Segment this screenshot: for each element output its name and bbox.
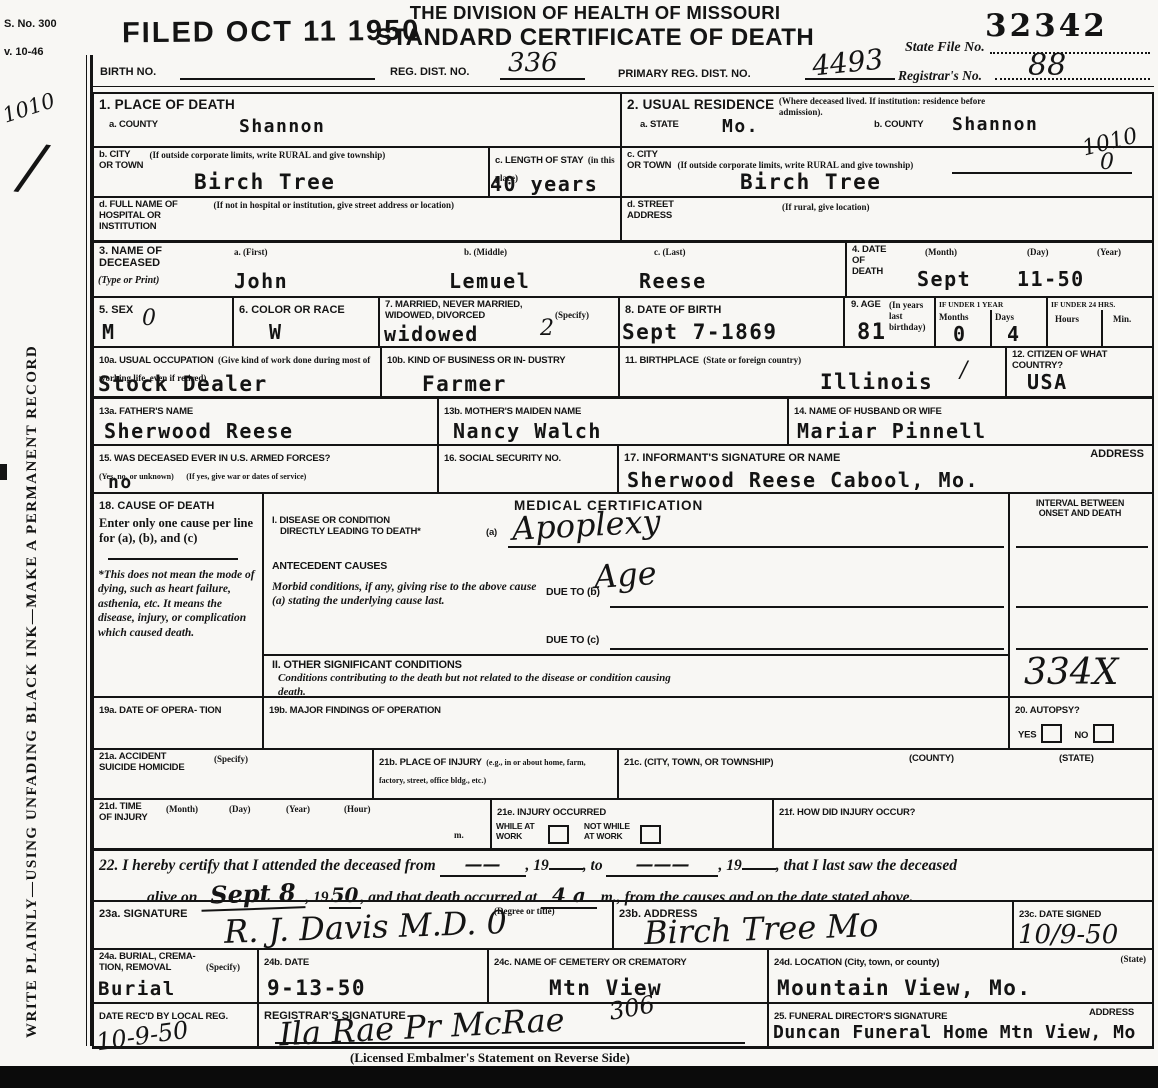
deceased-title-note: (Type or Print) (98, 275, 159, 288)
death-day-label: (Day) (1027, 247, 1049, 258)
due-to-c-line (610, 648, 1004, 650)
race-value: W (269, 320, 283, 344)
field-physician-address: 23b. ADDRESS Birch Tree Mo (612, 900, 1012, 948)
burial-location-value: Mountain View, Mo. (777, 976, 1032, 1000)
place-of-death-title: 1. PLACE OF DEATH (99, 97, 235, 112)
registrar-sig-handwritten: Ila Rae Pr McRae (278, 1001, 565, 1054)
due-to-b-handwritten: Age (593, 554, 658, 596)
birth-date-value: Sept 7-1869 (622, 320, 778, 344)
registrar-no-leader (995, 64, 1150, 80)
field-interval: INTERVAL BETWEEN ONSET AND DEATH 334X (1008, 492, 1154, 696)
certify-year1-blank (549, 868, 583, 870)
death-month-label: (Month) (925, 247, 957, 258)
cause-instruction: Enter only one cause per line for (a), (… (99, 516, 257, 546)
informant-label: 17. INFORMANT'S SIGNATURE OR NAME (624, 452, 840, 464)
disease-a-handwritten: Apoplexy (511, 502, 661, 548)
field-operation-date: 19a. DATE OF OPERA- TION (92, 696, 262, 748)
armed-forces-label: 15. WAS DECEASED EVER IN U.S. ARMED FORC… (99, 453, 330, 464)
city-label: b. CITY OR TOWN (99, 150, 145, 172)
scan-artifact (0, 464, 7, 480)
field-burial-kind: 24a. BURIAL, CREMA- TION, REMOVAL (Speci… (92, 948, 257, 1002)
field-date-received: DATE REC'D BY LOCAL REG. 10-9-50 (92, 1002, 257, 1046)
interval-line-2 (1016, 606, 1148, 608)
sex-value: M (102, 320, 116, 344)
field-operation-findings: 19b. MAJOR FINDINGS OF OPERATION (262, 696, 1008, 748)
injury-county-label: (COUNTY) (909, 754, 954, 765)
residence-city-label: c. CITY OR TOWN (627, 150, 673, 172)
field-injury-place: 21b. PLACE OF INJURY (e.g., in or about … (372, 748, 617, 798)
not-while-at-work-checkbox (640, 825, 661, 844)
burial-kind-note: (Specify) (206, 962, 240, 973)
burial-date-label: 24b. DATE (264, 957, 309, 968)
physician-addr-handwritten: Birch Tree Mo (643, 906, 879, 952)
certify-from-blank: —— (440, 854, 526, 877)
antecedent-label: ANTECEDENT CAUSES (272, 560, 387, 572)
hours-label: Hours (1055, 314, 1079, 325)
state-file-number: 32342 (985, 8, 1108, 44)
operation-findings-label: 19b. MAJOR FINDINGS OF OPERATION (269, 705, 441, 716)
min-label: Min. (1113, 314, 1131, 325)
primary-reg-label: PRIMARY REG. DIST. NO. (618, 68, 751, 80)
birthplace-note: (State or foreign country) (703, 355, 801, 365)
cause-note: *This does not mean the mode of dying, s… (98, 568, 256, 640)
birth-date-label: 8. DATE OF BIRTH (625, 304, 721, 316)
autopsy-no-label: NO (1074, 730, 1088, 741)
under-1-year-label: IF UNDER 1 YEAR (939, 300, 1045, 309)
middle-name-label: b. (Middle) (464, 247, 507, 258)
injury-hour-label: (Hour) (344, 804, 371, 815)
field-residence-city: c. CITY OR TOWN (If outside corporate li… (620, 146, 1154, 196)
other-conditions-label: II. OTHER SIGNIFICANT CONDITIONS (272, 659, 462, 672)
division-title: THE DIVISION OF HEALTH OF MISSOURI (395, 2, 795, 24)
months-value: 0 (953, 322, 967, 346)
field-birthplace: 11. BIRTHPLACE (State or foreign country… (618, 346, 1005, 396)
citizen-label: 12. CITIZEN OF WHAT COUNTRY? (1012, 350, 1122, 372)
marital-handwritten: 2 (540, 316, 554, 341)
injury-day-label: (Day) (229, 804, 251, 815)
death-month-value: Sept (917, 267, 971, 291)
middle-name-value: Lemuel (449, 269, 530, 293)
autopsy-label: 20. AUTOPSY? (1015, 705, 1080, 716)
state-file-label: State File No. (905, 40, 985, 56)
while-at-work-label: WHILE AT WORK (496, 822, 544, 842)
field-occupation: 10a. USUAL OCCUPATION (Give kind of work… (92, 346, 380, 396)
field-usual-residence: 2. USUAL RESIDENCE (Where deceased lived… (620, 92, 1154, 146)
injury-year-label: (Year) (286, 804, 310, 815)
funeral-director-value: Duncan Funeral Home Mtn View, Mo (773, 1022, 1136, 1043)
injury-place-label: 21b. PLACE OF INJURY (379, 757, 482, 768)
field-race: 6. COLOR OR RACE W (232, 296, 378, 346)
informant-address-label: ADDRESS (1090, 448, 1144, 460)
deceased-title: 3. NAME OF DECEASED (99, 245, 189, 269)
city-note: (If outside corporate limits, write RURA… (149, 150, 469, 161)
certify-c2: , to (583, 857, 603, 874)
death-dayyear-value: 11-50 (1017, 267, 1085, 291)
interval-handwritten: 334X (1024, 652, 1118, 693)
days-value: 4 (1007, 322, 1021, 346)
field-burial-location: 24d. LOCATION (City, town, or county) (S… (767, 948, 1154, 1002)
autopsy-yes-label: YES (1018, 730, 1036, 741)
age-divider-4 (1101, 310, 1103, 348)
field-armed-forces: 15. WAS DECEASED EVER IN U.S. ARMED FORC… (92, 444, 437, 492)
form-border-bottom (92, 1046, 1154, 1049)
certify-p1: 22. I hereby certify that I attended the… (99, 857, 436, 874)
age-label: 9. AGE (851, 300, 881, 311)
business-label: 10b. KIND OF BUSINESS OR IN- DUSTRY (387, 356, 597, 367)
field-informant: 17. INFORMANT'S SIGNATURE OR NAME ADDRES… (617, 444, 1154, 492)
residence-title: 2. USUAL RESIDENCE (627, 97, 774, 112)
certify-to-blank: ——— (606, 854, 718, 877)
first-name-label: a. (First) (234, 247, 268, 258)
spouse-label: 14. NAME OF HUSBAND OR WIFE (794, 406, 942, 417)
hospital-label: d. FULL NAME OF HOSPITAL OR INSTITUTION (99, 200, 209, 233)
burial-location-label: 24d. LOCATION (City, town, or county) (774, 957, 939, 968)
age-divider-1 (934, 298, 936, 348)
race-label: 6. COLOR OR RACE (239, 304, 345, 316)
field-medical-certification: MEDICAL CERTIFICATION I. DISEASE OR COND… (262, 492, 1008, 696)
street-note: (If rural, give location) (782, 202, 869, 213)
field-place-of-death: 1. PLACE OF DEATH a. COUNTY Shannon (92, 92, 620, 146)
injury-occurred-label: 21e. INJURY OCCURRED (497, 807, 606, 818)
age-divider-3 (1046, 298, 1048, 348)
due-to-b-line (610, 606, 1004, 608)
certify-c1: , 19 (526, 857, 549, 874)
residence-city-note: (If outside corporate limits, write RURA… (677, 160, 913, 170)
field-date-of-death: 4. DATE OF DEATH (Month) (Day) (Year) Se… (845, 240, 1154, 296)
cemetery-label: 24c. NAME OF CEMETERY OR CREMATORY (494, 957, 687, 968)
burial-location-note: (State) (1121, 954, 1147, 965)
residence-state-value: Mo. (722, 116, 759, 137)
interval-label: INTERVAL BETWEEN ONSET AND DEATH (1020, 498, 1140, 519)
field-date-of-birth: 8. DATE OF BIRTH Sept 7-1869 (618, 296, 843, 346)
operation-date-label: 19a. DATE OF OPERA- TION (99, 706, 229, 717)
county-value: Shannon (239, 116, 325, 137)
embalmer-note: (Licensed Embalmer's Statement on Revers… (350, 1050, 630, 1066)
date-signed-handwritten: 10/9-50 (1018, 920, 1118, 950)
street-label: d. STREET ADDRESS (627, 200, 697, 222)
cause-divider (108, 558, 238, 560)
armed-forces-note2: (If yes, give war or dates of service) (186, 472, 306, 481)
not-while-at-work-label: NOT WHILE AT WORK (584, 822, 636, 842)
other-conditions-divider (264, 654, 1010, 656)
under-24-label: IF UNDER 24 HRS. (1051, 300, 1151, 309)
sex-label: 5. SEX (99, 304, 133, 316)
father-label-text: 13a. FATHER'S NAME (99, 406, 193, 417)
county-label: a. COUNTY (109, 119, 158, 130)
due-to-c-label: DUE TO (c) (546, 634, 599, 646)
violence-kind-note: (Specify) (214, 754, 248, 765)
cause-title: 18. CAUSE OF DEATH (99, 500, 214, 512)
registrar-no-label: Registrar's No. (898, 68, 982, 84)
birth-no-label: BIRTH NO. (100, 66, 156, 78)
residence-state-label: a. STATE (640, 120, 679, 131)
armed-forces-value: no (108, 472, 133, 493)
funeral-director-label: 25. FUNERAL DIRECTOR'S SIGNATURE (774, 1011, 947, 1022)
field-injury-time: 21d. TIME OF INJURY (Month) (Day) (Year)… (92, 798, 490, 848)
field-marital-status: 7. MARRIED, NEVER MARRIED, WIDOWED, DIVO… (378, 296, 618, 346)
form-border-left-outer (86, 55, 87, 1046)
marital-value: widowed (384, 322, 479, 346)
field-sex: 5. SEX M 0 (92, 296, 232, 346)
field-physician-signature: 23a. SIGNATURE (Degree or title) R. J. D… (92, 900, 612, 948)
occupation-label: 10a. USUAL OCCUPATION (99, 355, 214, 366)
reg-dist-label: REG. DIST. NO. (390, 66, 469, 78)
burial-date-value: 9-13-50 (267, 976, 366, 1000)
field-length-of-stay: c. LENGTH OF STAY (in this place) 40 yea… (488, 146, 620, 196)
residence-county-label: b. COUNTY (874, 120, 923, 131)
mother-label: 13b. MOTHER'S MAIDEN NAME (444, 406, 581, 417)
occupation-value: Stock Dealer (98, 372, 268, 396)
injury-state-label: (STATE) (1059, 754, 1094, 765)
disease-label-2: DIRECTLY LEADING TO DEATH* (280, 527, 421, 538)
field-injury-location: 21c. (CITY, TOWN, OR TOWNSHIP) (COUNTY) … (617, 748, 1154, 798)
disease-a-line (508, 546, 1004, 548)
field-business: 10b. KIND OF BUSINESS OR IN- DUSTRY Farm… (380, 346, 618, 396)
business-value: Farmer (422, 372, 507, 396)
date-signed-label: 23c. DATE SIGNED (1019, 909, 1101, 920)
citizen-value: USA (1027, 370, 1068, 394)
burial-kind-value: Burial (98, 978, 176, 1000)
field-autopsy: 20. AUTOPSY? YES NO (1008, 696, 1154, 748)
field-registrar-signature: REGISTRAR'S SIGNATURE Ila Rae Pr McRae 3… (257, 1002, 767, 1046)
field-age: 9. AGE (In years last birthday) 81 IF UN… (843, 296, 1154, 346)
city-value: Birch Tree (194, 170, 335, 194)
field-name-of-deceased: 3. NAME OF DECEASED (Type or Print) a. (… (92, 240, 845, 296)
field-cause-of-death: 18. CAUSE OF DEATH Enter only one cause … (92, 492, 262, 696)
informant-value: Sherwood Reese Cabool, Mo. (627, 468, 979, 492)
sex-handwritten: 0 (142, 306, 156, 331)
field-date-signed: 23c. DATE SIGNED 10/9-50 (1012, 900, 1154, 948)
field-violence-kind: 21a. ACCIDENT SUICIDE HOMICIDE (Specify) (92, 748, 372, 798)
spouse-value: Mariar Pinnell (797, 419, 987, 443)
certify-year2-blank (742, 868, 776, 870)
field-certify-statement: 22. I hereby certify that I attended the… (92, 848, 1154, 900)
physician-sig-handwritten: R. J. Davis M.D. 0 (223, 903, 507, 951)
form-code-line2: v. 10-46 (4, 46, 44, 58)
form-code-line1: S. No. 300 (4, 18, 57, 30)
reg-dist-blank (500, 64, 585, 80)
death-certificate-page: S. No. 300 v. 10-46 1010 / WRITE PLAINLY… (0, 0, 1158, 1088)
field-how-injury: 21f. HOW DID INJURY OCCUR? (772, 798, 1154, 848)
field-burial-date: 24b. DATE 9-13-50 (257, 948, 487, 1002)
field-city-of-death: b. CITY OR TOWN (If outside corporate li… (92, 146, 488, 196)
field-street-address: d. STREET ADDRESS (If rural, give locati… (620, 196, 1154, 240)
birthplace-label: 11. BIRTHPLACE (625, 355, 699, 366)
form-border-top-outer (92, 86, 1154, 87)
ssn-label: 16. SOCIAL SECURITY NO. (444, 454, 594, 465)
vertical-instruction-text: WRITE PLAINLY—USING UNFADING BLACK INK—M… (24, 158, 41, 1038)
residence-county-value: Shannon (952, 114, 1038, 135)
margin-handwritten-code: 1010 (0, 88, 58, 127)
funeral-director-address-label: ADDRESS (1089, 1008, 1134, 1019)
disease-a-tag: (a) (486, 528, 497, 539)
violence-kind-label: 21a. ACCIDENT SUICIDE HOMICIDE (99, 752, 189, 774)
residence-city-handwritten: 0 (1100, 150, 1114, 175)
field-injury-occurred: 21e. INJURY OCCURRED WHILE AT WORK NOT W… (490, 798, 772, 848)
field-father: 13a. FATHER'S NAME Sherwood Reese (92, 396, 437, 444)
physician-sig-label: 23a. SIGNATURE (99, 908, 187, 920)
residence-city-value: Birch Tree (740, 170, 881, 194)
age-value: 81 (857, 320, 887, 345)
hospital-note: (If not in hospital or institution, give… (213, 200, 593, 211)
injury-time-label: 21d. TIME OF INJURY (99, 802, 149, 824)
father-value: Sherwood Reese (104, 419, 294, 443)
primary-reg-blank (805, 64, 895, 80)
field-ssn: 16. SOCIAL SECURITY NO. (437, 444, 617, 492)
burial-kind-label: 24a. BURIAL, CREMA- TION, REMOVAL (99, 952, 209, 974)
certify-c3: , 19 (718, 857, 741, 874)
interval-line-3 (1016, 648, 1148, 650)
injury-m-label: m. (454, 830, 464, 841)
injury-month-label: (Month) (166, 804, 198, 815)
birth-no-blank (180, 64, 375, 80)
field-spouse: 14. NAME OF HUSBAND OR WIFE Mariar Pinne… (787, 396, 1154, 444)
certificate-title: STANDARD CERTIFICATE OF DEATH (365, 24, 825, 52)
field-citizen: 12. CITIZEN OF WHAT COUNTRY? USA (1005, 346, 1154, 396)
due-to-b-label: DUE TO (b) (546, 586, 600, 598)
certify-c4: , that I last saw the deceased (776, 857, 957, 874)
morbid-note: Morbid conditions, if any, giving rise t… (272, 580, 537, 609)
stay-value: 40 years (490, 172, 598, 196)
death-date-label: 4. DATE OF DEATH (852, 245, 894, 278)
marital-label: 7. MARRIED, NEVER MARRIED, WIDOWED, DIVO… (385, 300, 565, 322)
age-note: (In years last birthday) (889, 300, 933, 332)
registrar-sig-line (275, 1042, 745, 1044)
age-divider-2 (990, 310, 992, 348)
field-hospital: d. FULL NAME OF HOSPITAL OR INSTITUTION … (92, 196, 620, 240)
autopsy-yes-checkbox (1041, 724, 1062, 743)
while-at-work-checkbox (548, 825, 569, 844)
last-name-value: Reese (639, 269, 707, 293)
autopsy-no-checkbox (1093, 724, 1114, 743)
birthplace-value: Illinois (820, 370, 933, 394)
injury-location-label: 21c. (CITY, TOWN, OR TOWNSHIP) (624, 757, 773, 768)
mother-value: Nancy Walch (453, 419, 602, 443)
death-year-label: (Year) (1097, 247, 1121, 258)
last-name-label: c. (Last) (654, 247, 686, 258)
field-funeral-director: 25. FUNERAL DIRECTOR'S SIGNATURE ADDRESS… (767, 1002, 1154, 1046)
how-injury-label: 21f. HOW DID INJURY OCCUR? (779, 807, 915, 818)
first-name-value: John (234, 269, 288, 293)
interval-line-1 (1016, 546, 1148, 548)
field-mother: 13b. MOTHER'S MAIDEN NAME Nancy Walch (437, 396, 787, 444)
stay-label: c. LENGTH OF STAY (495, 155, 583, 166)
marital-note: (Specify) (555, 310, 589, 321)
birthplace-handwritten: / (960, 358, 967, 383)
scan-black-bar (0, 1066, 1158, 1088)
